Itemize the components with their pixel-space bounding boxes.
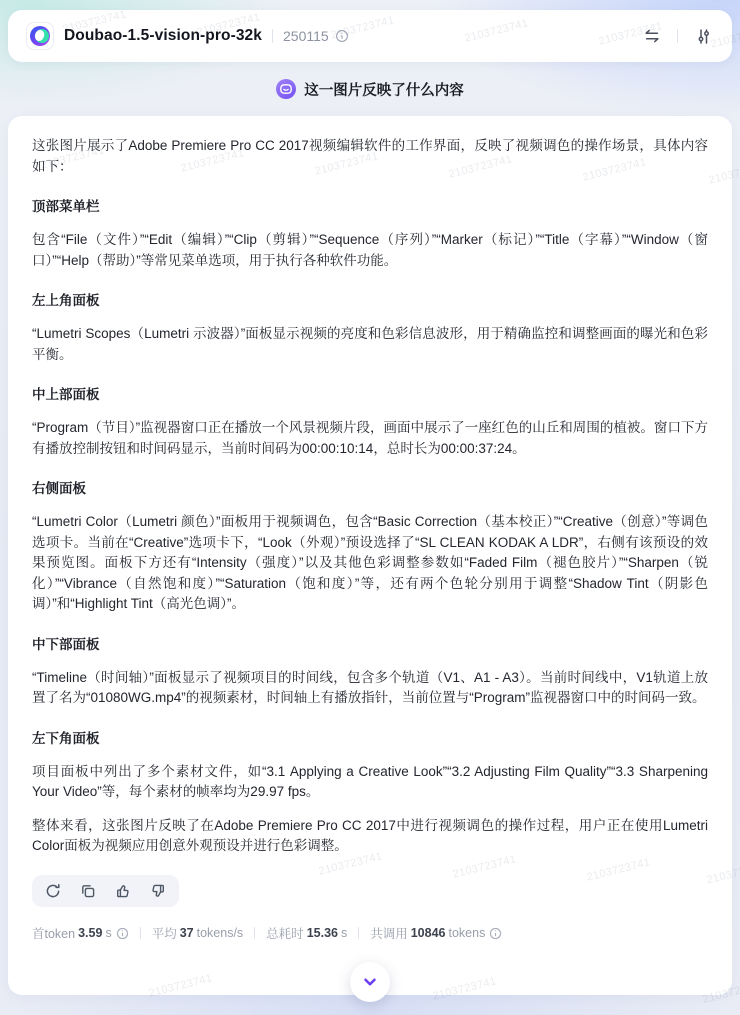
switch-model-icon[interactable] <box>641 25 663 47</box>
answer-paragraph: “Lumetri Color（Lumetri 颜色）”面板用于视频调色，包含“B… <box>32 512 708 615</box>
divider <box>272 29 273 43</box>
answer-section-heading: 右侧面板 <box>32 479 708 499</box>
answer-section-heading: 左上角面板 <box>32 291 708 311</box>
answer-paragraph: 这张图片展示了Adobe Premiere Pro CC 2017视频编辑软件的… <box>32 136 708 177</box>
answer-body: 这张图片展示了Adobe Premiere Pro CC 2017视频编辑软件的… <box>32 136 708 857</box>
answer-section-heading: 中下部面板 <box>32 635 708 655</box>
stat-first-token-value: 3.59 <box>78 926 102 940</box>
stat-time-unit: s <box>341 926 347 940</box>
model-settings-sliders-icon[interactable] <box>692 25 714 47</box>
divider <box>140 927 141 939</box>
scroll-to-bottom-button[interactable] <box>350 962 390 1002</box>
answer-paragraph: 包含“File（文件）”“Edit（编辑）”“Clip（剪辑）”“Sequenc… <box>32 230 708 271</box>
tokens-info-icon[interactable] <box>489 927 502 940</box>
message-action-bar <box>32 875 179 907</box>
answer-paragraph: “Program（节目）”监视器窗口正在播放一个风景视频片段，画面中展示了一座红… <box>32 418 708 459</box>
copy-icon[interactable] <box>80 883 96 899</box>
stat-tokens-value: 10846 <box>411 926 446 940</box>
stat-time-value: 15.36 <box>307 926 338 940</box>
chevron-down-icon <box>361 973 379 991</box>
thumbs-down-icon[interactable] <box>150 883 166 899</box>
model-name: Doubao-1.5-vision-pro-32k <box>64 27 262 45</box>
answer-paragraph: 项目面板中列出了多个素材文件，如“3.1 Applying a Creative… <box>32 762 708 803</box>
stat-first-token-unit: s <box>105 926 111 940</box>
first-token-info-icon[interactable] <box>116 927 129 940</box>
stat-tokens-unit: tokens <box>449 926 486 940</box>
user-question-row: 这一图片反映了什么内容 <box>0 76 740 102</box>
stat-avg-label: 平均 <box>152 924 177 942</box>
divider <box>254 927 255 939</box>
answer-section-heading: 顶部菜单栏 <box>32 197 708 217</box>
model-version-badge: 250115 <box>283 28 329 44</box>
stat-tokens-label: 共调用 <box>370 924 408 942</box>
answer-paragraph: 整体来看，这张图片反映了在Adobe Premiere Pro CC 2017中… <box>32 816 708 857</box>
question-avatar-icon <box>276 79 296 99</box>
doubao-logo-icon <box>30 26 50 46</box>
answer-paragraph: “Lumetri Scopes（Lumetri 示波器）”面板显示视频的亮度和色… <box>32 324 708 365</box>
answer-card: 这张图片展示了Adobe Premiere Pro CC 2017视频编辑软件的… <box>8 116 732 995</box>
doubao-logo <box>26 22 54 50</box>
regenerate-icon[interactable] <box>45 883 61 899</box>
model-info-icon[interactable] <box>335 29 349 43</box>
question-text: 这一图片反映了什么内容 <box>304 79 464 100</box>
answer-paragraph: “Timeline（时间轴）”面板显示了视频项目的时间线，包含多个轨道（V1、A… <box>32 668 708 709</box>
answer-section-heading: 左下角面板 <box>32 729 708 749</box>
model-header-bar: Doubao-1.5-vision-pro-32k 250115 <box>8 10 732 62</box>
thumbs-up-icon[interactable] <box>115 883 131 899</box>
generation-stats: 首token 3.59 s 平均 37 tokens/s 总耗时 15.36 s… <box>32 924 708 942</box>
stat-avg-unit: tokens/s <box>197 926 244 940</box>
stat-avg-value: 37 <box>180 926 194 940</box>
answer-section-heading: 中上部面板 <box>32 385 708 405</box>
divider <box>677 29 678 43</box>
divider <box>358 927 359 939</box>
stat-first-token-label: 首token <box>32 924 75 942</box>
stat-time-label: 总耗时 <box>266 924 304 942</box>
